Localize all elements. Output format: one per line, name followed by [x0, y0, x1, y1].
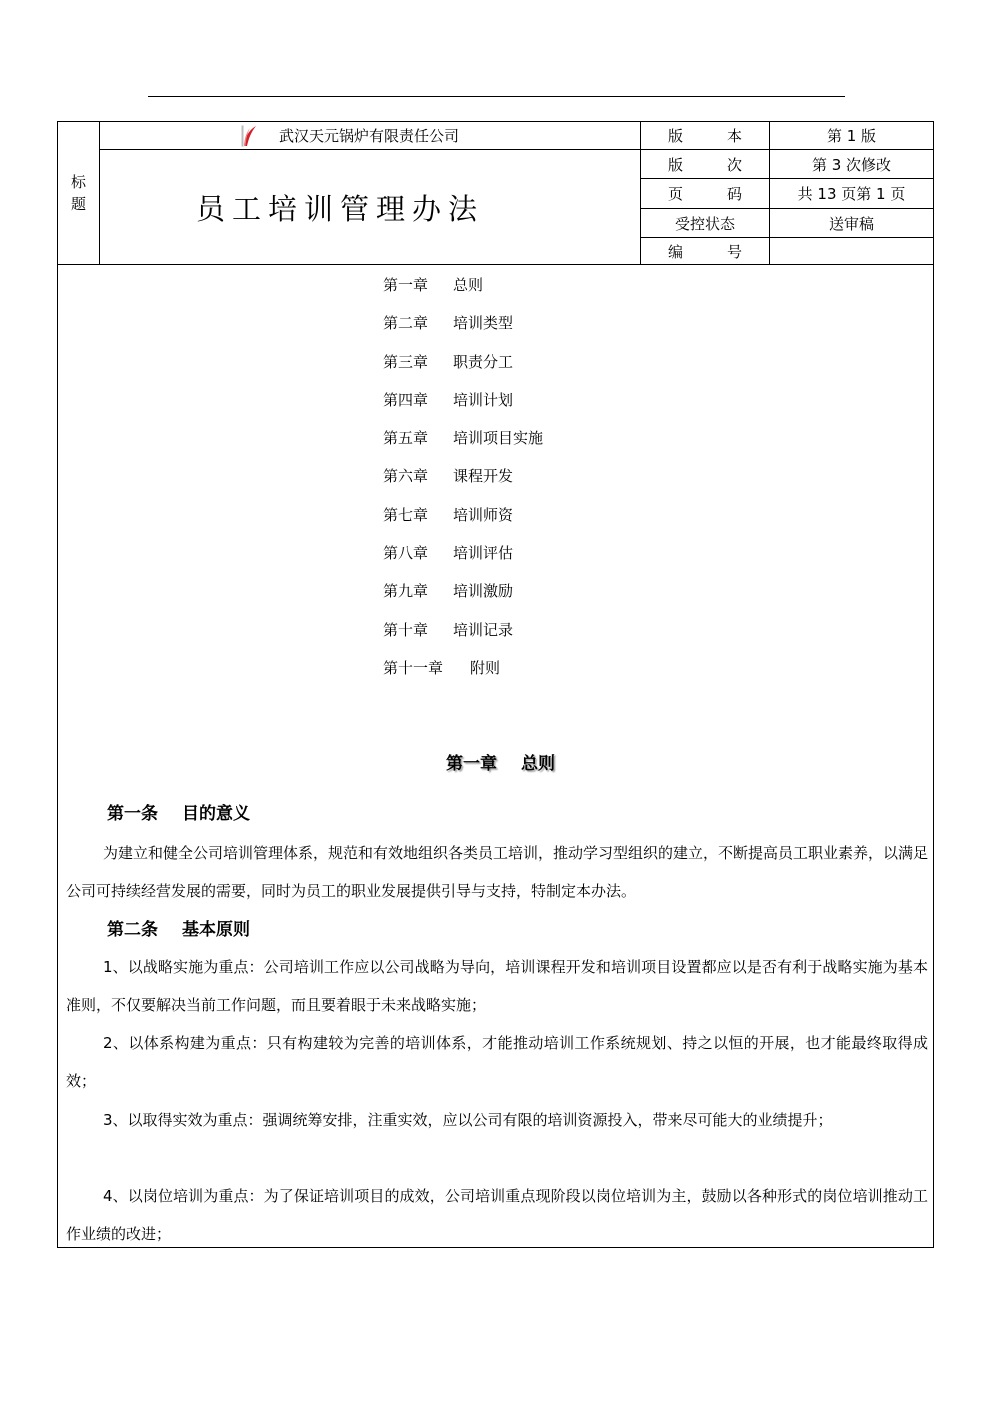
document-meta-table: 版 本 第 1 版 版 次 第 3 次修改 页 码 共 13 页第 1 页 — [641, 122, 933, 265]
toc-chapter-title: 附则 — [470, 659, 500, 677]
article-heading-2: 第二条基本原则 — [107, 915, 250, 940]
chapter-heading-number: 第一章 — [446, 754, 497, 774]
header-label-cell: 标 题 — [58, 122, 100, 264]
meta-row-revision: 版 次 第 3 次修改 — [641, 150, 933, 179]
toc-chapter-title: 培训项目实施 — [453, 429, 543, 447]
meta-row-edition: 版 本 第 1 版 — [641, 122, 933, 150]
toc-item: 第五章培训项目实施 — [383, 428, 543, 466]
meta-value-page: 共 13 页第 1 页 — [770, 179, 933, 208]
toc-item: 第一章总则 — [383, 275, 543, 313]
toc-chapter-number: 第七章 — [383, 505, 453, 525]
meta-key-edition: 版 本 — [641, 122, 770, 149]
toc-chapter-title: 培训评估 — [453, 544, 513, 562]
toc-chapter-number: 第五章 — [383, 428, 453, 448]
meta-key-part: 本 — [727, 125, 742, 146]
principle-paragraph-1: 1、以战略实施为重点：公司培训工作应以公司战略为导向，培训课程开发和培训项目设置… — [66, 948, 928, 1025]
meta-key-part: 号 — [727, 241, 742, 262]
toc-chapter-title: 培训类型 — [453, 314, 513, 332]
principle-paragraph-4: 4、以岗位培训为重点：为了保证培训项目的成效，公司培训重点现阶段以岗位培训为主，… — [66, 1177, 928, 1254]
meta-key-number: 编 号 — [641, 238, 770, 265]
principle-paragraph-3: 3、以取得实效为重点：强调统筹安排，注重实效，应以公司有限的培训资源投入，带来尽… — [66, 1101, 928, 1139]
red-swoosh-logo-icon — [241, 125, 257, 147]
toc-item: 第十章培训记录 — [383, 620, 543, 658]
meta-key-part: 版 — [668, 125, 683, 146]
toc-chapter-title: 职责分工 — [453, 353, 513, 371]
meta-row-page: 页 码 共 13 页第 1 页 — [641, 179, 933, 209]
toc-item: 第八章培训评估 — [383, 543, 543, 581]
toc-chapter-number: 第九章 — [383, 581, 453, 601]
document-header-table: 标 题 武汉天元锅炉有限责任公司 员工培训管理办法 版 本 第 1 版 — [58, 122, 933, 265]
toc-chapter-title: 课程开发 — [453, 467, 513, 485]
toc-chapter-number: 第二章 — [383, 313, 453, 333]
meta-row-number: 编 号 — [641, 238, 933, 265]
meta-value-revision: 第 3 次修改 — [770, 150, 933, 178]
meta-key-part: 编 — [668, 241, 683, 262]
meta-key-part: 版 — [668, 154, 683, 175]
toc-item: 第三章职责分工 — [383, 352, 543, 390]
article-number: 第一条 — [107, 804, 158, 824]
document-frame: 标 题 武汉天元锅炉有限责任公司 员工培训管理办法 版 本 第 1 版 — [57, 121, 934, 1248]
meta-key-revision: 版 次 — [641, 150, 770, 178]
toc-chapter-number: 第十一章 — [383, 658, 470, 678]
toc-item: 第二章培训类型 — [383, 313, 543, 351]
meta-value-control-status: 送审稿 — [770, 209, 933, 237]
toc-chapter-title: 培训记录 — [453, 621, 513, 639]
chapter-heading: 第一章总则 — [58, 749, 933, 774]
article-title: 目的意义 — [182, 804, 250, 824]
table-of-contents: 第一章总则 第二章培训类型 第三章职责分工 第四章培训计划 第五章培训项目实施 … — [383, 275, 543, 696]
page-header-rule — [148, 96, 845, 97]
toc-chapter-number: 第八章 — [383, 543, 453, 563]
article-title: 基本原则 — [182, 920, 250, 940]
meta-key-part: 码 — [727, 183, 742, 204]
header-label-char-2: 题 — [71, 193, 86, 215]
meta-value-edition: 第 1 版 — [770, 122, 933, 149]
toc-chapter-title: 培训师资 — [453, 506, 513, 524]
toc-item: 第七章培训师资 — [383, 505, 543, 543]
header-label-char-1: 标 — [71, 171, 86, 193]
article-heading-1: 第一条目的意义 — [107, 799, 250, 824]
toc-chapter-number: 第十章 — [383, 620, 453, 640]
meta-key-page: 页 码 — [641, 179, 770, 208]
article-1-paragraph: 为建立和健全公司培训管理体系，规范和有效地组织各类员工培训，推动学习型组织的建立… — [66, 834, 928, 911]
meta-key-part: 次 — [727, 154, 742, 175]
toc-item: 第九章培训激励 — [383, 581, 543, 619]
toc-chapter-number: 第六章 — [383, 466, 453, 486]
toc-item: 第十一章附则 — [383, 658, 543, 696]
document-title: 员工培训管理办法 — [100, 150, 641, 265]
company-cell: 武汉天元锅炉有限责任公司 — [100, 122, 641, 150]
toc-chapter-number: 第四章 — [383, 390, 453, 410]
meta-key-control-status: 受控状态 — [641, 209, 770, 237]
meta-value-number — [770, 238, 933, 265]
principle-paragraph-2: 2、以体系构建为重点：只有构建较为完善的培训体系，才能推动培训工作系统规划、持之… — [66, 1024, 928, 1101]
meta-row-control-status: 受控状态 送审稿 — [641, 209, 933, 238]
toc-chapter-number: 第三章 — [383, 352, 453, 372]
article-number: 第二条 — [107, 920, 158, 940]
toc-item: 第四章培训计划 — [383, 390, 543, 428]
toc-chapter-title: 培训计划 — [453, 391, 513, 409]
company-name: 武汉天元锅炉有限责任公司 — [279, 125, 459, 146]
toc-chapter-number: 第一章 — [383, 275, 453, 295]
toc-chapter-title: 培训激励 — [453, 582, 513, 600]
meta-key-part: 页 — [668, 183, 683, 204]
toc-item: 第六章课程开发 — [383, 466, 543, 504]
chapter-heading-title: 总则 — [521, 754, 555, 774]
toc-chapter-title: 总则 — [453, 276, 483, 294]
